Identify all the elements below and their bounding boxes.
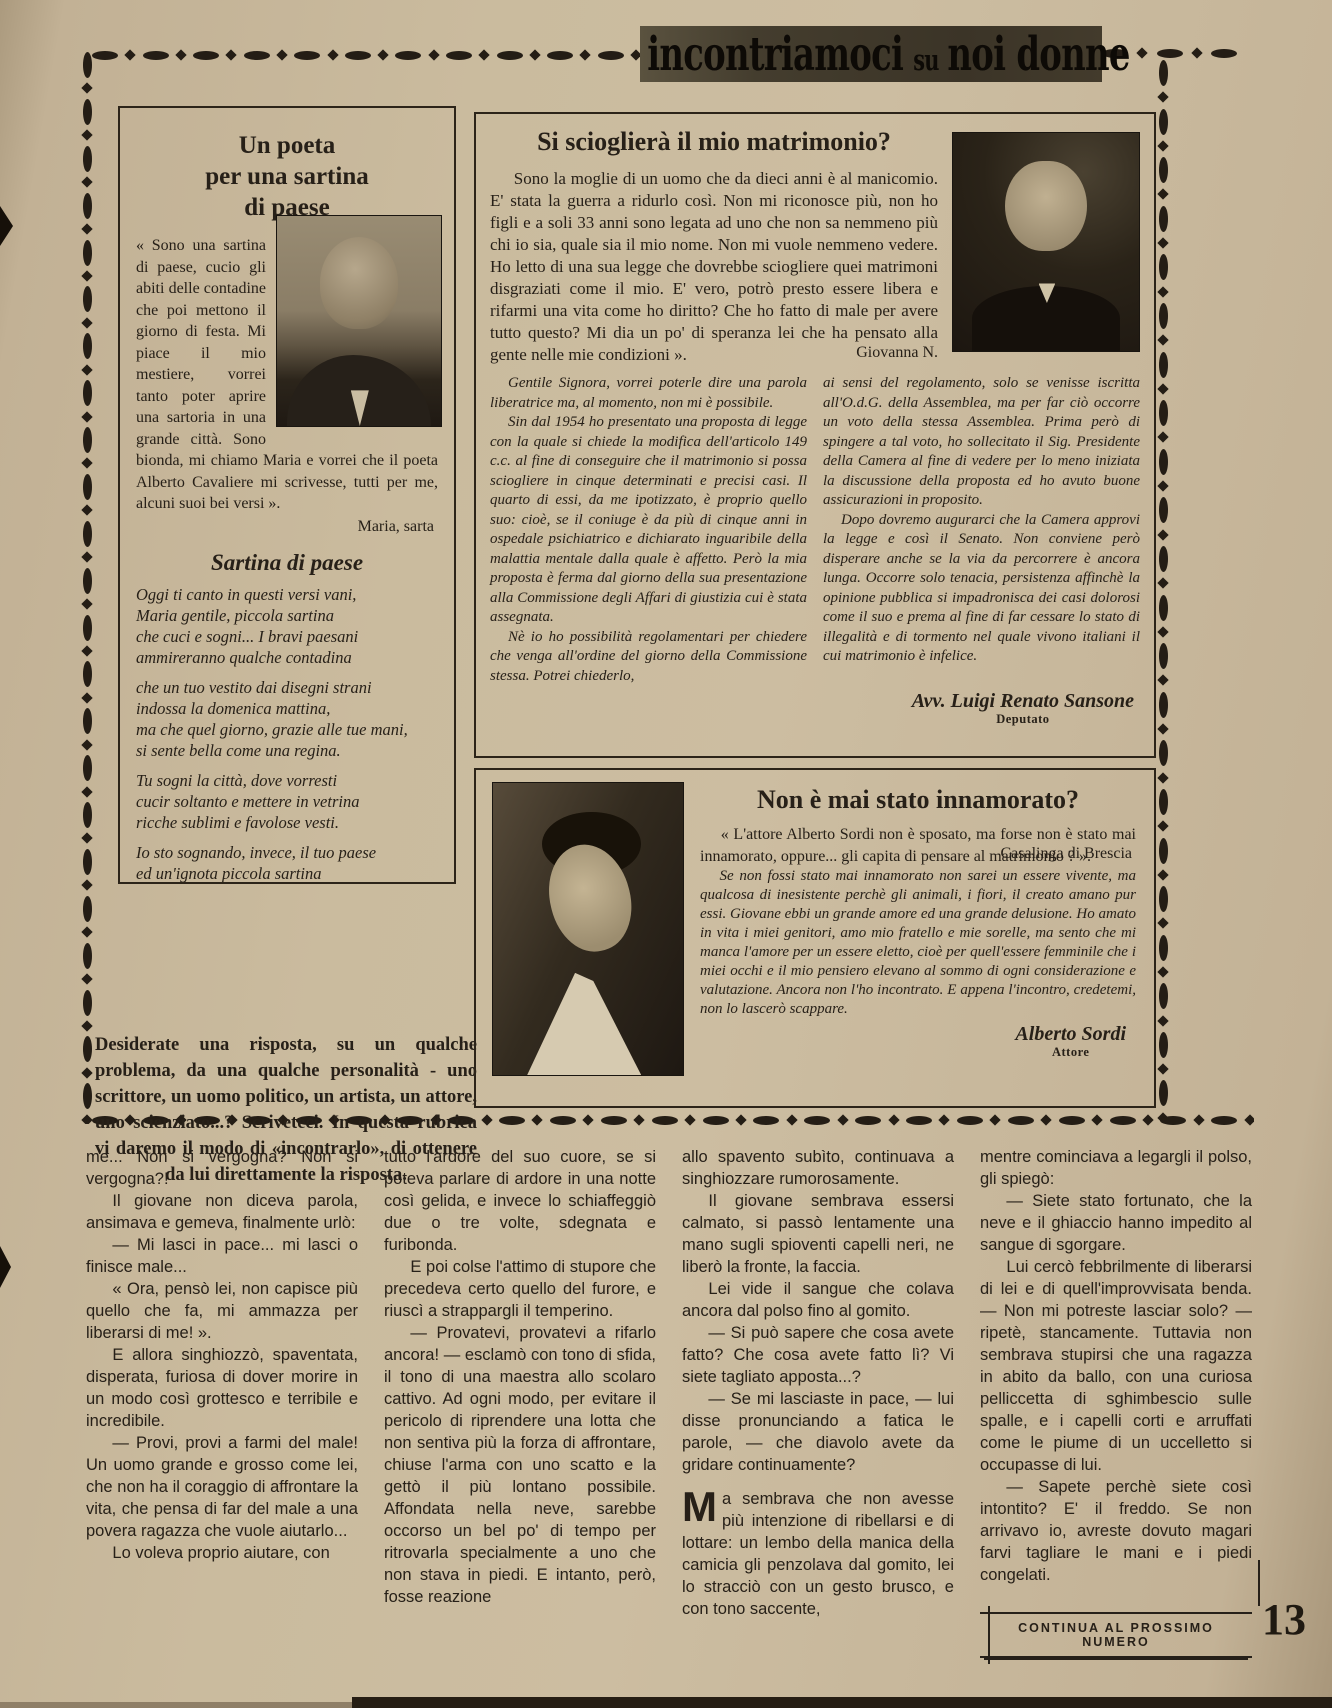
reply-paragraph: Nè io ho possibilità regolamentari per c… bbox=[490, 628, 807, 687]
oval-ornament-icon bbox=[83, 52, 92, 78]
story-paragraph: Lei vide il sangue che colava ancora dal… bbox=[682, 1278, 954, 1322]
oval-ornament-icon bbox=[294, 51, 320, 60]
diamond-ornament-icon bbox=[81, 645, 92, 656]
oval-ornament-icon bbox=[83, 427, 92, 453]
diamond-ornament-icon bbox=[81, 130, 92, 141]
diamond-ornament-icon bbox=[888, 1114, 899, 1125]
oval-ornament-icon bbox=[1159, 1032, 1168, 1058]
oval-ornament-icon bbox=[1159, 449, 1168, 475]
oval-ornament-icon bbox=[804, 1116, 830, 1125]
diamond-ornament-icon bbox=[81, 973, 92, 984]
diamond-ornament-icon bbox=[81, 177, 92, 188]
poem-stanza: Io sto sognando, invece, il tuo paese ed… bbox=[136, 842, 438, 885]
oval-ornament-icon bbox=[1059, 1116, 1085, 1125]
diamond-ornament-icon bbox=[226, 49, 237, 60]
diamond-ornament-icon bbox=[1157, 1015, 1168, 1026]
oval-ornament-icon bbox=[1159, 983, 1168, 1009]
oval-ornament-icon bbox=[83, 661, 92, 687]
marriage-reply-col-1: Gentile Signora, vorrei poterle dire una… bbox=[490, 374, 807, 686]
bottom-ink-strip bbox=[352, 1697, 1332, 1708]
oval-ornament-icon bbox=[446, 51, 472, 60]
story-column-4: mentre cominciava a legargli il polso, g… bbox=[980, 1146, 1252, 1658]
oval-ornament-icon bbox=[1159, 643, 1168, 669]
story-section: me... Non si vergogna? Non si vergogna?!… bbox=[86, 1146, 1252, 1658]
diamond-ornament-icon bbox=[81, 270, 92, 281]
oval-ornament-icon bbox=[1159, 1080, 1168, 1106]
diamond-ornament-icon bbox=[377, 49, 388, 60]
diamond-ornament-icon bbox=[81, 692, 92, 703]
oval-ornament-icon bbox=[1110, 1116, 1136, 1125]
sordi-author-role: Attore bbox=[1015, 1045, 1126, 1060]
diamond-ornament-icon bbox=[1157, 578, 1168, 589]
poem-stanza: che un tuo vestito dai disegni strani in… bbox=[136, 677, 438, 761]
oval-ornament-icon bbox=[83, 990, 92, 1016]
rubric-banner: incontriamocisunoi donne bbox=[640, 26, 1102, 82]
photo-alberto-cavaliere bbox=[276, 215, 442, 427]
story-paragraph: — Siete stato fortunato, che la neve e i… bbox=[980, 1190, 1252, 1256]
oval-ornament-icon bbox=[83, 1036, 92, 1062]
banner-word-incontriamoci: incontriamoci bbox=[647, 27, 903, 82]
oval-ornament-icon bbox=[345, 51, 371, 60]
story-paragraph: Lo voleva proprio aiutare, con bbox=[86, 1542, 358, 1564]
oval-ornament-icon bbox=[1211, 49, 1237, 58]
diamond-ornament-icon bbox=[1157, 966, 1168, 977]
reply-author: Avv. Luigi Renato Sansone bbox=[912, 690, 1134, 712]
oval-ornament-icon bbox=[1159, 303, 1168, 329]
ornament-top-left bbox=[92, 48, 640, 62]
oval-ornament-icon bbox=[1160, 1116, 1186, 1125]
reply-author-role: Deputato bbox=[912, 712, 1134, 727]
oval-ornament-icon bbox=[1008, 1116, 1034, 1125]
story-column-2: tutto l'ardore del suo cuore, se si pote… bbox=[384, 1146, 656, 1658]
diamond-ornament-icon bbox=[1157, 772, 1168, 783]
diamond-ornament-icon bbox=[481, 1114, 492, 1125]
diamond-ornament-icon bbox=[428, 49, 439, 60]
bottom-shadow-strip bbox=[0, 1702, 352, 1708]
dropcap-rest: a sembrava che non avesse più intenzione… bbox=[682, 1490, 954, 1618]
oval-ornament-icon bbox=[83, 896, 92, 922]
oval-ornament-icon bbox=[855, 1116, 881, 1125]
story-paragraph: Il giovane sembrava essersi calmato, si … bbox=[682, 1190, 954, 1278]
story-paragraph-dropcap: Ma sembrava che non avesse più intenzion… bbox=[682, 1488, 954, 1620]
diamond-ornament-icon bbox=[1157, 918, 1168, 929]
diamond-ornament-icon bbox=[1191, 47, 1202, 58]
diamond-ornament-icon bbox=[81, 1067, 92, 1078]
diamond-ornament-icon bbox=[1244, 1114, 1254, 1125]
reply-paragraph: Sin dal 1954 ho presentato una proposta … bbox=[490, 413, 807, 628]
oval-ornament-icon bbox=[83, 1083, 92, 1109]
story-column-4-text: mentre cominciava a legargli il polso, g… bbox=[980, 1146, 1252, 1586]
oval-ornament-icon bbox=[1159, 60, 1168, 86]
poet-box-title: Un poeta per una sartina di paese bbox=[136, 130, 438, 223]
diamond-ornament-icon bbox=[939, 1114, 950, 1125]
edge-rule bbox=[1258, 1560, 1260, 1606]
diamond-ornament-icon bbox=[735, 1114, 746, 1125]
poet-letter-signature: Maria, sarta bbox=[136, 518, 434, 536]
diamond-ornament-icon bbox=[1142, 1114, 1153, 1125]
oval-ornament-icon bbox=[1159, 109, 1168, 135]
poem-title: Sartina di paese bbox=[136, 550, 438, 576]
diamond-ornament-icon bbox=[81, 833, 92, 844]
story-paragraph: E allora singhiozzò, spaventata, dispera… bbox=[86, 1344, 358, 1432]
oval-ornament-icon bbox=[83, 286, 92, 312]
reply-paragraph: Gentile Signora, vorrei poterle dire una… bbox=[490, 374, 807, 413]
oval-ornament-icon bbox=[83, 333, 92, 359]
marriage-reply: Gentile Signora, vorrei poterle dire una… bbox=[490, 374, 1140, 686]
oval-ornament-icon bbox=[395, 51, 421, 60]
diamond-ornament-icon bbox=[175, 49, 186, 60]
diamond-ornament-icon bbox=[1157, 821, 1168, 832]
oval-ornament-icon bbox=[550, 1116, 576, 1125]
diamond-ornament-icon bbox=[1157, 286, 1168, 297]
oval-ornament-icon bbox=[1159, 206, 1168, 232]
diamond-ornament-icon bbox=[1157, 383, 1168, 394]
story-column-1-text: me... Non si vergogna? Non si vergogna?!… bbox=[86, 1146, 358, 1564]
diamond-ornament-icon bbox=[327, 49, 338, 60]
oval-ornament-icon bbox=[1159, 595, 1168, 621]
oval-ornament-icon bbox=[1157, 49, 1183, 58]
oval-ornament-icon bbox=[497, 51, 523, 60]
oval-ornament-icon bbox=[83, 568, 92, 594]
diamond-ornament-icon bbox=[1157, 869, 1168, 880]
diamond-ornament-icon bbox=[684, 1114, 695, 1125]
poem-stanza: Oggi ti canto in questi versi vani, Mari… bbox=[136, 584, 438, 668]
ornament-left bbox=[80, 52, 94, 1124]
oval-ornament-icon bbox=[1159, 157, 1168, 183]
diamond-ornament-icon bbox=[125, 49, 136, 60]
portrait-face bbox=[320, 237, 399, 329]
diamond-ornament-icon bbox=[81, 1020, 92, 1031]
page-number: 13 bbox=[1262, 1594, 1306, 1645]
story-column-2-text: tutto l'ardore del suo cuore, se si pote… bbox=[384, 1146, 656, 1608]
reply-paragraph: Dopo dovremo augurarci che la Camera app… bbox=[823, 511, 1140, 667]
oval-ornament-icon bbox=[83, 240, 92, 266]
oval-ornament-icon bbox=[92, 51, 118, 60]
ornament-right bbox=[1156, 60, 1170, 1122]
oval-ornament-icon bbox=[1159, 546, 1168, 572]
oval-ornament-icon bbox=[957, 1116, 983, 1125]
diamond-ornament-icon bbox=[81, 598, 92, 609]
diamond-ornament-icon bbox=[583, 1114, 594, 1125]
oval-ornament-icon bbox=[83, 849, 92, 875]
oval-ornament-icon bbox=[1159, 838, 1168, 864]
oval-ornament-icon bbox=[1159, 789, 1168, 815]
diamond-ornament-icon bbox=[479, 49, 490, 60]
story-column-3: allo spavento subìto, continuava a singh… bbox=[682, 1146, 954, 1658]
diamond-ornament-icon bbox=[81, 364, 92, 375]
oval-ornament-icon bbox=[753, 1116, 779, 1125]
diamond-ornament-icon bbox=[81, 411, 92, 422]
story-paragraph: — Provatevi, provatevi a rifarlo ancora!… bbox=[384, 1322, 656, 1608]
story-column-3-text: allo spavento subìto, continuava a singh… bbox=[682, 1146, 954, 1476]
diamond-ornament-icon bbox=[630, 49, 640, 60]
story-paragraph: « Ora, pensò lei, non capisce più quello… bbox=[86, 1278, 358, 1344]
oval-ornament-icon bbox=[601, 1116, 627, 1125]
oval-ornament-icon bbox=[83, 755, 92, 781]
diamond-ornament-icon bbox=[81, 458, 92, 469]
diamond-ornament-icon bbox=[1157, 480, 1168, 491]
story-column-1: me... Non si vergogna? Non si vergogna?!… bbox=[86, 1146, 358, 1658]
oval-ornament-icon bbox=[83, 708, 92, 734]
diamond-ornament-icon bbox=[1137, 47, 1148, 58]
left-edge-mark-1 bbox=[0, 206, 13, 246]
diamond-ornament-icon bbox=[837, 1114, 848, 1125]
oval-ornament-icon bbox=[83, 521, 92, 547]
oval-ornament-icon bbox=[83, 380, 92, 406]
story-paragraph: allo spavento subìto, continuava a singh… bbox=[682, 1146, 954, 1190]
photo-alberto-sordi bbox=[492, 782, 684, 1076]
diamond-ornament-icon bbox=[1193, 1114, 1204, 1125]
oval-ornament-icon bbox=[1159, 254, 1168, 280]
diamond-ornament-icon bbox=[276, 49, 287, 60]
story-paragraph: — Se mi lasciaste in pace, — lui disse p… bbox=[682, 1388, 954, 1476]
marriage-box: Si scioglierà il mio matrimonio? Sono la… bbox=[474, 112, 1156, 758]
diamond-ornament-icon bbox=[1157, 140, 1168, 151]
diamond-ornament-icon bbox=[81, 552, 92, 563]
oval-ornament-icon bbox=[83, 146, 92, 172]
oval-ornament-icon bbox=[703, 1116, 729, 1125]
diamond-ornament-icon bbox=[81, 1114, 92, 1124]
diamond-ornament-icon bbox=[1157, 432, 1168, 443]
oval-ornament-icon bbox=[652, 1116, 678, 1125]
diamond-ornament-icon bbox=[529, 49, 540, 60]
magazine-page: incontriamocisunoi donne Un poeta per un… bbox=[0, 0, 1332, 1708]
story-paragraph: — Sapete perchè siete così intontito? E'… bbox=[980, 1476, 1252, 1586]
marriage-reply-signature: Avv. Luigi Renato Sansone Deputato bbox=[490, 690, 1134, 728]
diamond-ornament-icon bbox=[1157, 675, 1168, 686]
diamond-ornament-icon bbox=[1157, 92, 1168, 103]
oval-ornament-icon bbox=[1159, 400, 1168, 426]
left-edge-mark-2 bbox=[0, 1246, 11, 1288]
diamond-ornament-icon bbox=[81, 505, 92, 516]
portrait-shirt bbox=[527, 973, 641, 1075]
oval-ornament-icon bbox=[598, 51, 624, 60]
sordi-box: Non è mai stato innamorato? « L'attore A… bbox=[474, 768, 1156, 1108]
oval-ornament-icon bbox=[1159, 886, 1168, 912]
oval-ornament-icon bbox=[244, 51, 270, 60]
diamond-ornament-icon bbox=[81, 223, 92, 234]
oval-ornament-icon bbox=[83, 99, 92, 125]
story-paragraph: mentre cominciava a legargli il polso, g… bbox=[980, 1146, 1252, 1190]
diamond-ornament-icon bbox=[81, 927, 92, 938]
diamond-ornament-icon bbox=[1041, 1114, 1052, 1125]
oval-ornament-icon bbox=[547, 51, 573, 60]
oval-ornament-icon bbox=[1159, 935, 1168, 961]
oval-ornament-icon bbox=[83, 615, 92, 641]
diamond-ornament-icon bbox=[1157, 626, 1168, 637]
oval-ornament-icon bbox=[1211, 1116, 1237, 1125]
poet-box: Un poeta per una sartina di paese « Sono… bbox=[118, 106, 456, 884]
diamond-ornament-icon bbox=[532, 1114, 543, 1125]
oval-ornament-icon bbox=[83, 802, 92, 828]
diamond-ornament-icon bbox=[1157, 1064, 1168, 1075]
banner-word-su: su bbox=[913, 43, 939, 77]
diamond-ornament-icon bbox=[580, 49, 591, 60]
story-paragraph: me... Non si vergogna? Non si vergogna?! bbox=[86, 1146, 358, 1190]
reply-paragraph: ai sensi del regolamento, solo se veniss… bbox=[823, 374, 1140, 511]
diamond-ornament-icon bbox=[634, 1114, 645, 1125]
sordi-author: Alberto Sordi bbox=[1015, 1023, 1126, 1045]
story-paragraph: Il giovane non diceva parola, ansimava e… bbox=[86, 1190, 358, 1234]
oval-ornament-icon bbox=[83, 943, 92, 969]
diamond-ornament-icon bbox=[1157, 237, 1168, 248]
portrait-face bbox=[1005, 161, 1087, 250]
story-paragraph: — Si può sapere che cosa avete fatto? Ch… bbox=[682, 1322, 954, 1388]
banner-word-noi-donne: noi donne bbox=[947, 27, 1129, 82]
diamond-ornament-icon bbox=[1157, 529, 1168, 540]
story-paragraph: Lui cercò febbrilmente di liberarsi di l… bbox=[980, 1256, 1252, 1476]
story-paragraph: tutto l'ardore del suo cuore, se si pote… bbox=[384, 1146, 656, 1256]
story-paragraph: — Mi lasci in pace... mi lasci o finisce… bbox=[86, 1234, 358, 1278]
diamond-ornament-icon bbox=[990, 1114, 1001, 1125]
oval-ornament-icon bbox=[143, 51, 169, 60]
oval-ornament-icon bbox=[83, 193, 92, 219]
oval-ornament-icon bbox=[83, 474, 92, 500]
oval-ornament-icon bbox=[1159, 692, 1168, 718]
story-paragraph: — Provi, provi a farmi del male! Un uomo… bbox=[86, 1432, 358, 1542]
diamond-ornament-icon bbox=[1157, 723, 1168, 734]
diamond-ornament-icon bbox=[81, 786, 92, 797]
story-paragraph: E poi colse l'attimo di stupore che prec… bbox=[384, 1256, 656, 1322]
oval-ornament-icon bbox=[1159, 352, 1168, 378]
oval-ornament-icon bbox=[1159, 497, 1168, 523]
oval-ornament-icon bbox=[193, 51, 219, 60]
dropcap-initial: M bbox=[682, 1490, 717, 1524]
diamond-ornament-icon bbox=[81, 317, 92, 328]
diamond-ornament-icon bbox=[81, 739, 92, 750]
oval-ornament-icon bbox=[1159, 740, 1168, 766]
oval-ornament-icon bbox=[499, 1116, 525, 1125]
continua-box: CONTINUA AL PROSSIMO NUMERO bbox=[980, 1612, 1252, 1658]
diamond-ornament-icon bbox=[1157, 335, 1168, 346]
poem-stanza: Tu sogni la città, dove vorresti cucir s… bbox=[136, 770, 438, 833]
marriage-reply-col-2: ai sensi del regolamento, solo se veniss… bbox=[823, 374, 1140, 686]
diamond-ornament-icon bbox=[81, 83, 92, 94]
diamond-ornament-icon bbox=[81, 880, 92, 891]
diamond-ornament-icon bbox=[1157, 189, 1168, 200]
oval-ornament-icon bbox=[906, 1116, 932, 1125]
diamond-ornament-icon bbox=[1091, 1114, 1102, 1125]
diamond-ornament-icon bbox=[786, 1114, 797, 1125]
rubric-banner-text: incontriamocisunoi donne bbox=[640, 27, 1130, 82]
photo-luigi-sansone bbox=[952, 132, 1140, 352]
